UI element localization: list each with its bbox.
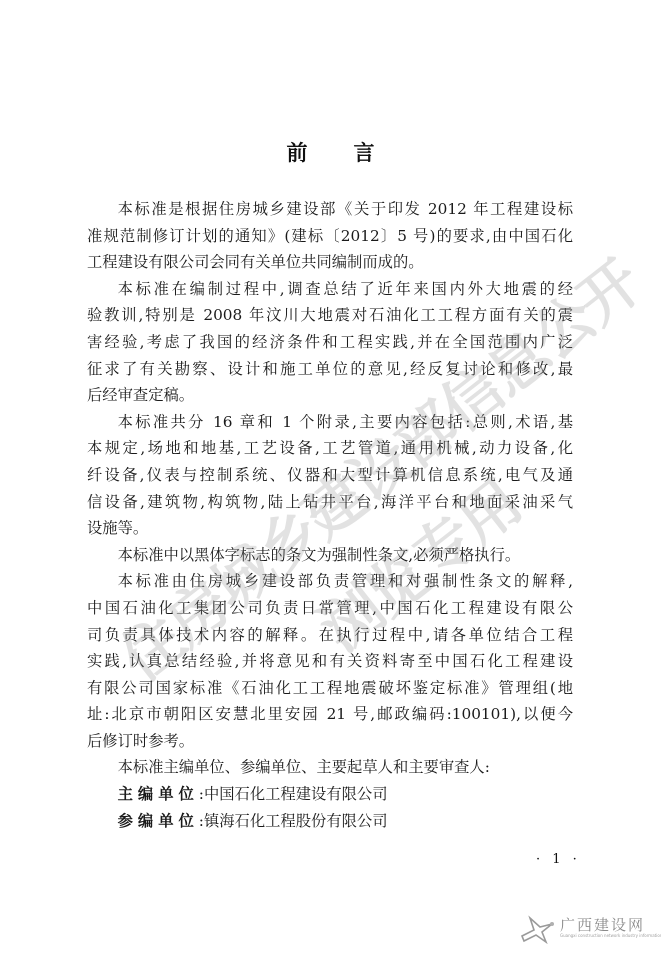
text-line: 后修订时参考。	[87, 728, 573, 755]
preface-body: 本标准是根据住房城乡建设部《关于印发 2012 年工程建设标 准规范制修订计划的…	[87, 196, 573, 834]
page-title: 前言	[0, 137, 661, 167]
unit-value: :镇海石化工程股份有限公司	[199, 812, 388, 830]
paragraph-process: 本标准在编制过程中,调查总结了近年来国内外大地震的经 验教训,特别是 2008 …	[87, 276, 573, 409]
text-line: 征求了有关勘察、设计和施工单位的意见,经反复讨论和修改,最	[87, 356, 573, 383]
text-line: 信设备,建筑物,构筑物,陆上钻井平台,海洋平台和地面采油采气	[87, 489, 573, 516]
unit-label: 主编单位	[118, 785, 199, 803]
text-line: 后经审查定稿。	[87, 382, 573, 409]
paragraph-contents: 本标准共分 16 章和 1 个附录,主要内容包括:总则,术语,基 本规定,场地和…	[87, 409, 573, 542]
text-line: 有限公司国家标准《石油化工工程地震破坏鉴定标准》管理组(地	[87, 675, 573, 702]
paragraph-mandatory: 本标准中以黑体字标志的条文为强制性条文,必须严格执行。	[87, 542, 573, 569]
text-line: 设施等。	[87, 515, 573, 542]
text-line: 工程建设有限公司会同有关单位共同编制而成的。	[87, 249, 573, 276]
text-line: 司负责具体技术内容的解释。在执行过程中,请各单位结合工程	[87, 622, 573, 649]
text-line: 址:北京市朝阳区安慧北里安园 21 号,邮政编码:100101),以便今	[87, 701, 573, 728]
document-page: 前言 本标准是根据住房城乡建设部《关于印发 2012 年工程建设标 准规范制修订…	[0, 0, 661, 958]
paragraph-units-intro: 本标准主编单位、参编单位、主要起草人和主要审查人:	[87, 754, 573, 781]
unit-chief-editor: 主编单位:中国石化工程建设有限公司	[87, 781, 573, 808]
text-line: 害经验,考虑了我国的经济条件和工程实践,并在全国范围内广泛	[87, 329, 573, 356]
unit-label: 参编单位	[118, 812, 199, 830]
logo-subtitle: Guangxi construction network industry in…	[560, 933, 661, 938]
paragraph-basis: 本标准是根据住房城乡建设部《关于印发 2012 年工程建设标 准规范制修订计划的…	[87, 196, 573, 276]
text-line: 本标准中以黑体字标志的条文为强制性条文,必须严格执行。	[87, 542, 573, 569]
text-line: 纤设备,仪表与控制系统、仪器和大型计算机信息系统,电气及通	[87, 462, 573, 489]
text-line: 本标准是根据住房城乡建设部《关于印发 2012 年工程建设标	[87, 196, 573, 223]
unit-value: :中国石化工程建设有限公司	[199, 785, 388, 803]
text-line: 本标准由住房城乡建设部负责管理和对强制性条文的解释,	[87, 568, 573, 595]
text-line: 实践,认真总结经验,并将意见和有关资料寄至中国石化工程建设	[87, 648, 573, 675]
paragraph-management: 本标准由住房城乡建设部负责管理和对强制性条文的解释, 中国石油化工集团公司负责日…	[87, 568, 573, 754]
page-number: · 1 ·	[536, 852, 581, 867]
text-line: 本标准在编制过程中,调查总结了近年来国内外大地震的经	[87, 276, 573, 303]
star-logo-icon	[520, 914, 556, 944]
text-line: 中国石油化工集团公司负责日常管理,中国石化工程建设有限公	[87, 595, 573, 622]
site-logo: 广西建设网 Guangxi construction network indus…	[520, 912, 660, 952]
text-line: 本标准主编单位、参编单位、主要起草人和主要审查人:	[87, 754, 573, 781]
text-line: 本规定,场地和地基,工艺设备,工艺管道,通用机械,动力设备,化	[87, 435, 573, 462]
unit-participating: 参编单位:镇海石化工程股份有限公司	[87, 808, 573, 835]
logo-name: 广西建设网	[560, 914, 645, 935]
text-line: 本标准共分 16 章和 1 个附录,主要内容包括:总则,术语,基	[87, 409, 573, 436]
text-line: 验教训,特别是 2008 年汶川大地震对石油化工工程方面有关的震	[87, 302, 573, 329]
text-line: 准规范制修订计划的通知》(建标〔2012〕5 号)的要求,由中国石化	[87, 223, 573, 250]
